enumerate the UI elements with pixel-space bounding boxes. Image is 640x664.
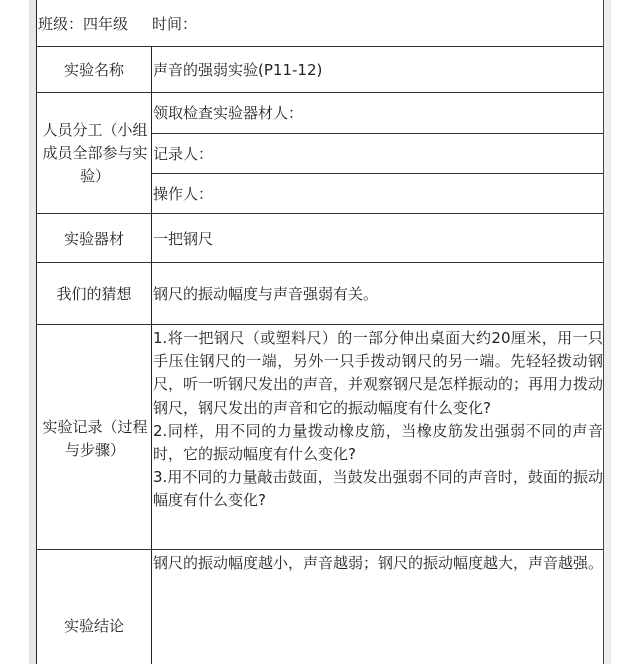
experiment-name-label: 实验名称 bbox=[37, 59, 151, 81]
hypothesis-label: 我们的猜想 bbox=[37, 283, 151, 305]
materials-label: 实验器材 bbox=[37, 228, 151, 250]
row-divider bbox=[36, 213, 604, 214]
row-divider bbox=[36, 92, 604, 93]
record-step-2: 2.同样，用不同的力量拨动橡皮筋，当橡皮筋发出强弱不同的声音时，它的振动幅度有什… bbox=[153, 420, 603, 466]
division-label: 人员分工（小组成员全部参与实验） bbox=[37, 119, 153, 188]
row-divider bbox=[151, 133, 604, 134]
row-divider bbox=[36, 262, 604, 263]
hypothesis-value: 钢尺的振动幅度与声音强弱有关。 bbox=[153, 283, 603, 306]
row-divider bbox=[151, 173, 604, 174]
experiment-name-value: 声音的强弱实验(P11-12) bbox=[153, 59, 603, 82]
conclusion-label: 实验结论 bbox=[37, 615, 151, 637]
record-step-3: 3.用不同的力量敲击鼓面，当鼓发出强弱不同的声音时，鼓面的振动幅度有什么变化? bbox=[153, 466, 603, 512]
right-margin-strip bbox=[604, 0, 611, 664]
record-step-1: 1.将一把钢尺（或塑料尺）的一部分伸出桌面大约20厘米，用一只手压住钢尺的一端，… bbox=[153, 327, 603, 420]
record-label: 实验记录（过程与步骤） bbox=[37, 416, 153, 462]
record-steps: 1.将一把钢尺（或塑料尺）的一部分伸出桌面大约20厘米，用一只手压住钢尺的一端，… bbox=[153, 327, 603, 513]
row-divider bbox=[36, 324, 604, 325]
division-role-equipment: 领取检查实验器材人： bbox=[153, 102, 603, 125]
left-margin-strip bbox=[29, 0, 36, 664]
division-role-recorder: 记录人： bbox=[153, 143, 603, 166]
row-divider bbox=[36, 46, 604, 47]
time-label: 时间： bbox=[152, 13, 197, 35]
division-role-operator: 操作人： bbox=[153, 183, 603, 206]
materials-value: 一把钢尺 bbox=[153, 228, 603, 251]
row-divider bbox=[36, 549, 604, 550]
class-label: 班级：四年级 bbox=[38, 13, 128, 35]
conclusion-value: 钢尺的振动幅度越小，声音越弱；钢尺的振动幅度越大，声音越强。 bbox=[153, 552, 603, 575]
